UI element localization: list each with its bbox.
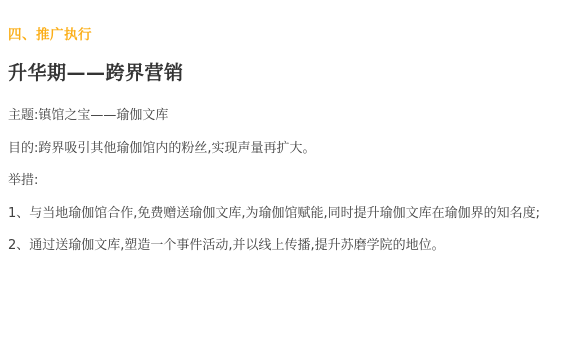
paragraph-purpose: 目的:跨界吸引其他瑜伽馆内的粉丝,实现声量再扩大。 [8, 133, 553, 166]
paragraph-measure-1: 1、与当地瑜伽馆合作,免费赠送瑜伽文库,为瑜伽馆赋能,同时提升瑜伽文库在瑜伽界的… [8, 198, 553, 231]
document-page: 四、推广执行 升华期——跨界营销 主题:镇馆之宝——瑜伽文库 目的:跨界吸引其他… [0, 0, 570, 360]
section-heading: 四、推广执行 [8, 28, 558, 42]
paragraph-measures-label: 举措: [8, 165, 553, 198]
paragraph-measure-2: 2、通过送瑜伽文库,塑造一个事件活动,并以线上传播,提升苏磨学院的地位。 [8, 230, 553, 263]
body-text: 主题:镇馆之宝——瑜伽文库 目的:跨界吸引其他瑜伽馆内的粉丝,实现声量再扩大。 … [8, 100, 553, 263]
page-title: 升华期——跨界营销 [8, 62, 558, 84]
paragraph-theme: 主题:镇馆之宝——瑜伽文库 [8, 100, 553, 133]
